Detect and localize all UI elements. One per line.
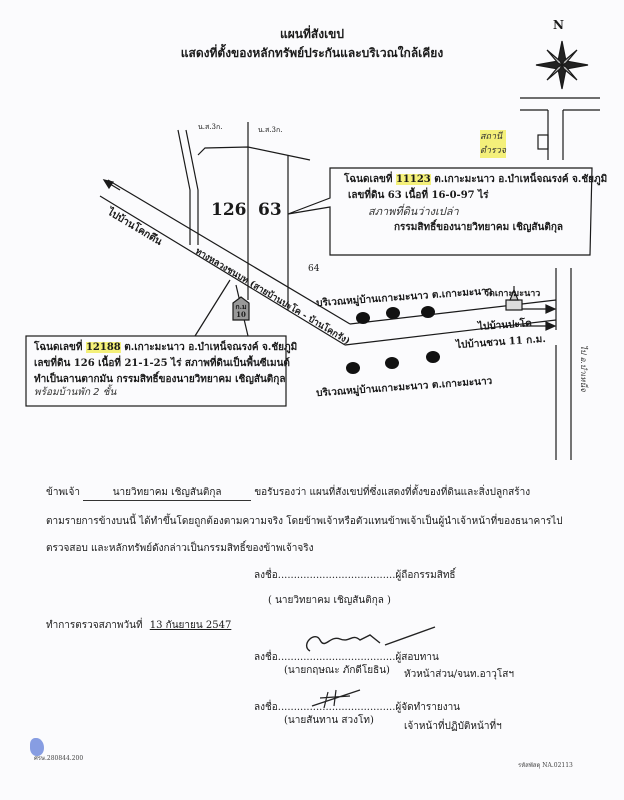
inspection-date-row: ทำการตรวจสภาพวันที่ 13 กันยายน 2547: [46, 618, 231, 633]
deed-63-number: 11123: [396, 174, 431, 185]
police-station-note: สถานี ตำรวจ: [480, 130, 506, 158]
compass-rose-icon: [536, 41, 588, 89]
km-marker: ก.ม 10: [233, 303, 249, 319]
deed-63-callout: โฉนดเลขที่ 11123 ต.เกาะมะนาว อ.บำเหน็จณร…: [344, 172, 607, 236]
certification-line-2: ตามรายการข้างบนนี้ ได้ทำขึ้นโดยถูกต้องตา…: [46, 514, 563, 529]
owner-name: ( นายวิทยาคม เชิญสันติกุล ): [268, 593, 391, 608]
inspector-position: หัวหน้าส่วน/จนท.อาวุโสฯ: [404, 667, 514, 682]
certification-line-3: ตรวจสอบ และหลักทรัพย์ดังกล่าวเป็นกรรมสิท…: [46, 541, 313, 556]
parcel-64-label: 64: [308, 264, 319, 274]
km-marker-value: 10: [233, 311, 249, 319]
deed-126-number: 12188: [86, 342, 121, 353]
parcel-63-label: 63: [258, 200, 282, 220]
reporter-name: (นายสันทาน สวงโท): [284, 713, 374, 728]
footer-form-code: ศรษ.280844.200: [34, 753, 83, 763]
inspector-name: (นายกฤษณะ ภักดีโยธิน): [284, 663, 390, 678]
certifier-name: นายวิทยาคม เชิญสันติกุล: [83, 485, 251, 501]
north-label: N: [553, 18, 564, 32]
parcel-126-label: 126: [211, 200, 247, 220]
road-label-right: ไป อ.บำเหน็จ: [577, 345, 590, 392]
ns3k-label-right: น.ส.3ก.: [258, 125, 282, 136]
certification-line-1: ข้าพเจ้า นายวิทยาคม เชิญสันติกุล ขอรับรอ…: [46, 485, 530, 501]
inspection-date: 13 กันยายน 2547: [146, 620, 232, 631]
footer-item-code: รหัสพัสดุ NA.02113: [518, 760, 573, 770]
deed-126-callout: โฉนดเลขที่ 12188 ต.เกาะมะนาว อ.บำเหน็จณร…: [34, 340, 297, 398]
owner-signature-line: ลงชื่อ..................................…: [254, 568, 456, 583]
ns3k-label-left: น.ส.3ก.: [198, 122, 222, 133]
reporter-position: เจ้าหน้าที่ปฏิบัติหน้าที่ฯ: [404, 719, 502, 734]
